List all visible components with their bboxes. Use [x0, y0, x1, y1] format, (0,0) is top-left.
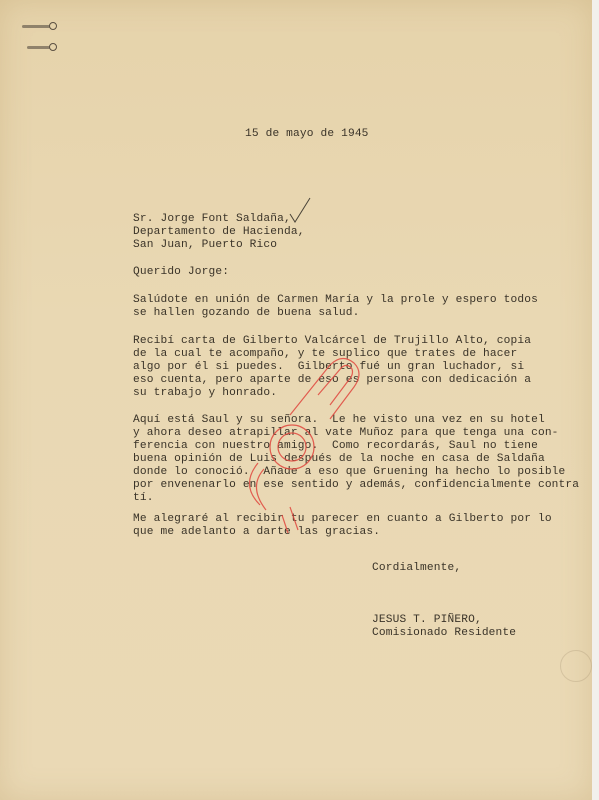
clip-hole-top	[49, 22, 57, 30]
checkmark-icon	[288, 196, 312, 224]
scan-border	[592, 0, 599, 800]
paragraph-1-line-2: se hallen gozando de buena salud.	[133, 307, 360, 320]
paragraph-4-line-1: Me alegraré al recibir tu parecer en cua…	[133, 513, 552, 526]
paragraph-3-line-4: buena opinión de Luis después de la noch…	[133, 453, 545, 466]
recipient-department: Departamento de Hacienda,	[133, 226, 305, 239]
paragraph-3-line-5: donde lo conoció. Añade a eso que Grueni…	[133, 466, 565, 479]
paragraph-3-line-6: por envenenarlo en ese sentido y además,…	[133, 479, 579, 492]
salutation: Querido Jorge:	[133, 266, 229, 279]
paragraph-2-line-4: eso cuenta, pero aparte de eso es person…	[133, 374, 531, 387]
paragraph-2-line-3: algo por él si puedes. Gilberto fué un g…	[133, 361, 524, 374]
signature-name: JESUS T. PIÑERO,	[372, 614, 482, 627]
paragraph-1-line-1: Salúdote en unión de Carmen María y la p…	[133, 294, 538, 307]
letter-page: 15 de mayo de 1945 Sr. Jorge Font Saldañ…	[0, 0, 592, 800]
closing: Cordialmente,	[372, 562, 461, 575]
recipient-city: San Juan, Puerto Rico	[133, 239, 277, 252]
archive-stamp-mark	[560, 650, 592, 682]
clip-hole-bottom	[49, 43, 57, 51]
paragraph-2-line-2: de la cual te acompaño, y te suplico que…	[133, 348, 517, 361]
paragraph-3-line-3: ferencia con nuestro amigo. Como recorda…	[133, 440, 538, 453]
signature-title: Comisionado Residente	[372, 627, 516, 640]
paragraph-3-line-7: tí.	[133, 492, 154, 505]
letter-date: 15 de mayo de 1945	[245, 128, 369, 141]
paragraph-2-line-5: su trabajo y honrado.	[133, 387, 277, 400]
paragraph-4-line-2: que me adelanto a darte las gracias.	[133, 526, 380, 539]
paragraph-2-line-1: Recibí carta de Gilberto Valcárcel de Tr…	[133, 335, 531, 348]
paragraph-3-line-1: Aquí está Saul y su señora. Le he visto …	[133, 414, 545, 427]
clip-mark-top	[22, 25, 50, 28]
recipient-name: Sr. Jorge Font Saldaña,	[133, 213, 291, 226]
clip-mark-bottom	[27, 46, 50, 49]
paragraph-3-line-2: y ahora deseo atrapillar al vate Muñoz p…	[133, 427, 559, 440]
